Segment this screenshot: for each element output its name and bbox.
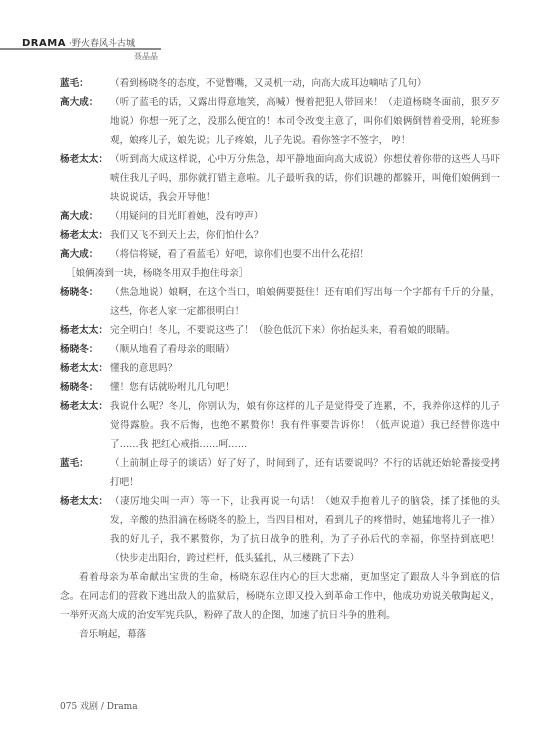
speaker-name: 高大成： [60,245,110,264]
speaker-name: 杨晓冬： [60,378,110,397]
dialogue-text: （听到高大成这样说，心中万分焦急，却平静地面向高大成说）你想仗着你带的这些人马吓… [110,150,500,207]
dialogue-text: 我说什么呢？冬儿，你别认为，娘有你这样的儿子是觉得受了连累，不，我养你这样的儿子… [110,397,500,454]
dialogue-entry: 杨老太太： （凄厉地尖叫一声）等一下，让我再说一句话！（她双手抱着儿子的脑袋，揉… [60,492,500,568]
stage-direction: ［娘俩凑到一块，杨晓冬用双手抱住母亲］ [60,264,500,283]
dialogue-entry: 高大成： （用疑问的目光盯着她，没有哼声） [60,207,500,226]
dialogue-entry: 杨老太太： 懂我的意思吗？ [60,359,500,378]
speaker-name: 杨老太太： [60,359,110,378]
speaker-name: 杨晓冬： [60,283,110,321]
dialogue-entry: 杨老太太： （听到高大成这样说，心中万分焦急，却平静地面向高大成说）你想仗着你带… [60,150,500,207]
dialogue-text: （顺从地看了看母亲的眼睛） [110,340,500,359]
author-name: 聂晶晶 [134,51,158,62]
dialogue-entry: 高大成： （将信将疑，看了看蓝毛）好吧，谅你们也耍不出什么花招！ [60,245,500,264]
dialogue-entry: 蓝毛： （上前制止母子的谈话）好了好了，时间到了，还有话要说吗？不行的话就还始轮… [60,454,500,492]
dialogue-text: （将信将疑，看了看蓝毛）好吧，谅你们也耍不出什么花招！ [110,245,500,264]
narration-paragraph: 看着母亲为革命献出宝贵的生命，杨晓东忍住内心的巨大悲痛，更加坚定了跟敌人斗争到底… [60,568,500,625]
speaker-name: 杨老太太： [60,321,110,340]
dialogue-entry: 杨晓冬： （焦急地说）娘啊，在这个当口，咱娘俩要挺住！还有咱们写出每一个字都有千… [60,283,500,321]
dialogue-text: （看到杨晓冬的态度，不觉瞥嘴，又灵机一动，向高大成耳边嘀咕了几句） [110,74,500,93]
dialogue-text: 懂我的意思吗？ [110,359,500,378]
speaker-name: 蓝毛： [60,454,110,492]
header-rule [0,48,161,50]
speaker-name: 蓝毛： [60,74,110,93]
dialogue-entry: 杨老太太： 完全明白！冬儿，不要说这些了！（脸色低沉下来）你抬起头来，看看娘的眼… [60,321,500,340]
script-body: 蓝毛： （看到杨晓冬的态度，不觉瞥嘴，又灵机一动，向高大成耳边嘀咕了几句） 高大… [60,74,500,644]
closing-direction: 音乐响起，幕落 [60,625,500,644]
dialogue-text: （焦急地说）娘啊，在这个当口，咱娘俩要挺住！还有咱们写出每一个字都有千斤的分量，… [110,283,500,321]
dialogue-text: （上前制止母子的谈话）好了好了，时间到了，还有话要说吗？不行的话就还始轮番接受拷… [110,454,500,492]
dialogue-entry: 杨晓冬： 懂！您有话就吩咐儿几句吧！ [60,378,500,397]
dialogue-entry: 杨老太太： 我们又飞不到天上去，你们怕什么？ [60,226,500,245]
dialogue-text: （凄厉地尖叫一声）等一下，让我再说一句话！（她双手抱着儿子的脑袋，揉了揉他的头发… [110,492,500,568]
speaker-name: 杨晓冬： [60,340,110,359]
page-footer: 075 戏剧 / Drama [60,699,138,712]
dialogue-text: （听了蓝毛的话，又露出得意地笑，高喊）慢着把犯人带回来！（走道杨晓冬面前，狠歹歹… [110,93,500,150]
dialogue-text: 懂！您有话就吩咐儿几句吧！ [110,378,500,397]
dialogue-entry: 蓝毛： （看到杨晓冬的态度，不觉瞥嘴，又灵机一动，向高大成耳边嘀咕了几句） [60,74,500,93]
speaker-name: 杨老太太： [60,397,110,454]
speaker-name: 杨老太太： [60,226,110,245]
speaker-name: 高大成： [60,93,110,150]
dialogue-entry: 杨晓冬： （顺从地看了看母亲的眼睛） [60,340,500,359]
dialogue-entry: 杨老太太： 我说什么呢？冬儿，你别认为，娘有你这样的儿子是觉得受了连累，不，我养… [60,397,500,454]
dialogue-entry: 高大成： （听了蓝毛的话，又露出得意地笑，高喊）慢着把犯人带回来！（走道杨晓冬面… [60,93,500,150]
dialogue-text: （用疑问的目光盯着她，没有哼声） [110,207,500,226]
speaker-name: 杨老太太： [60,150,110,207]
speaker-name: 高大成： [60,207,110,226]
speaker-name: 杨老太太： [60,492,110,568]
dialogue-text: 我们又飞不到天上去，你们怕什么？ [110,226,500,245]
dialogue-text: 完全明白！冬儿，不要说这些了！（脸色低沉下来）你抬起头来，看看娘的眼睛。 [110,321,500,340]
page-header: DRAMA ·野火春风斗古城 聂晶晶 [0,0,554,60]
